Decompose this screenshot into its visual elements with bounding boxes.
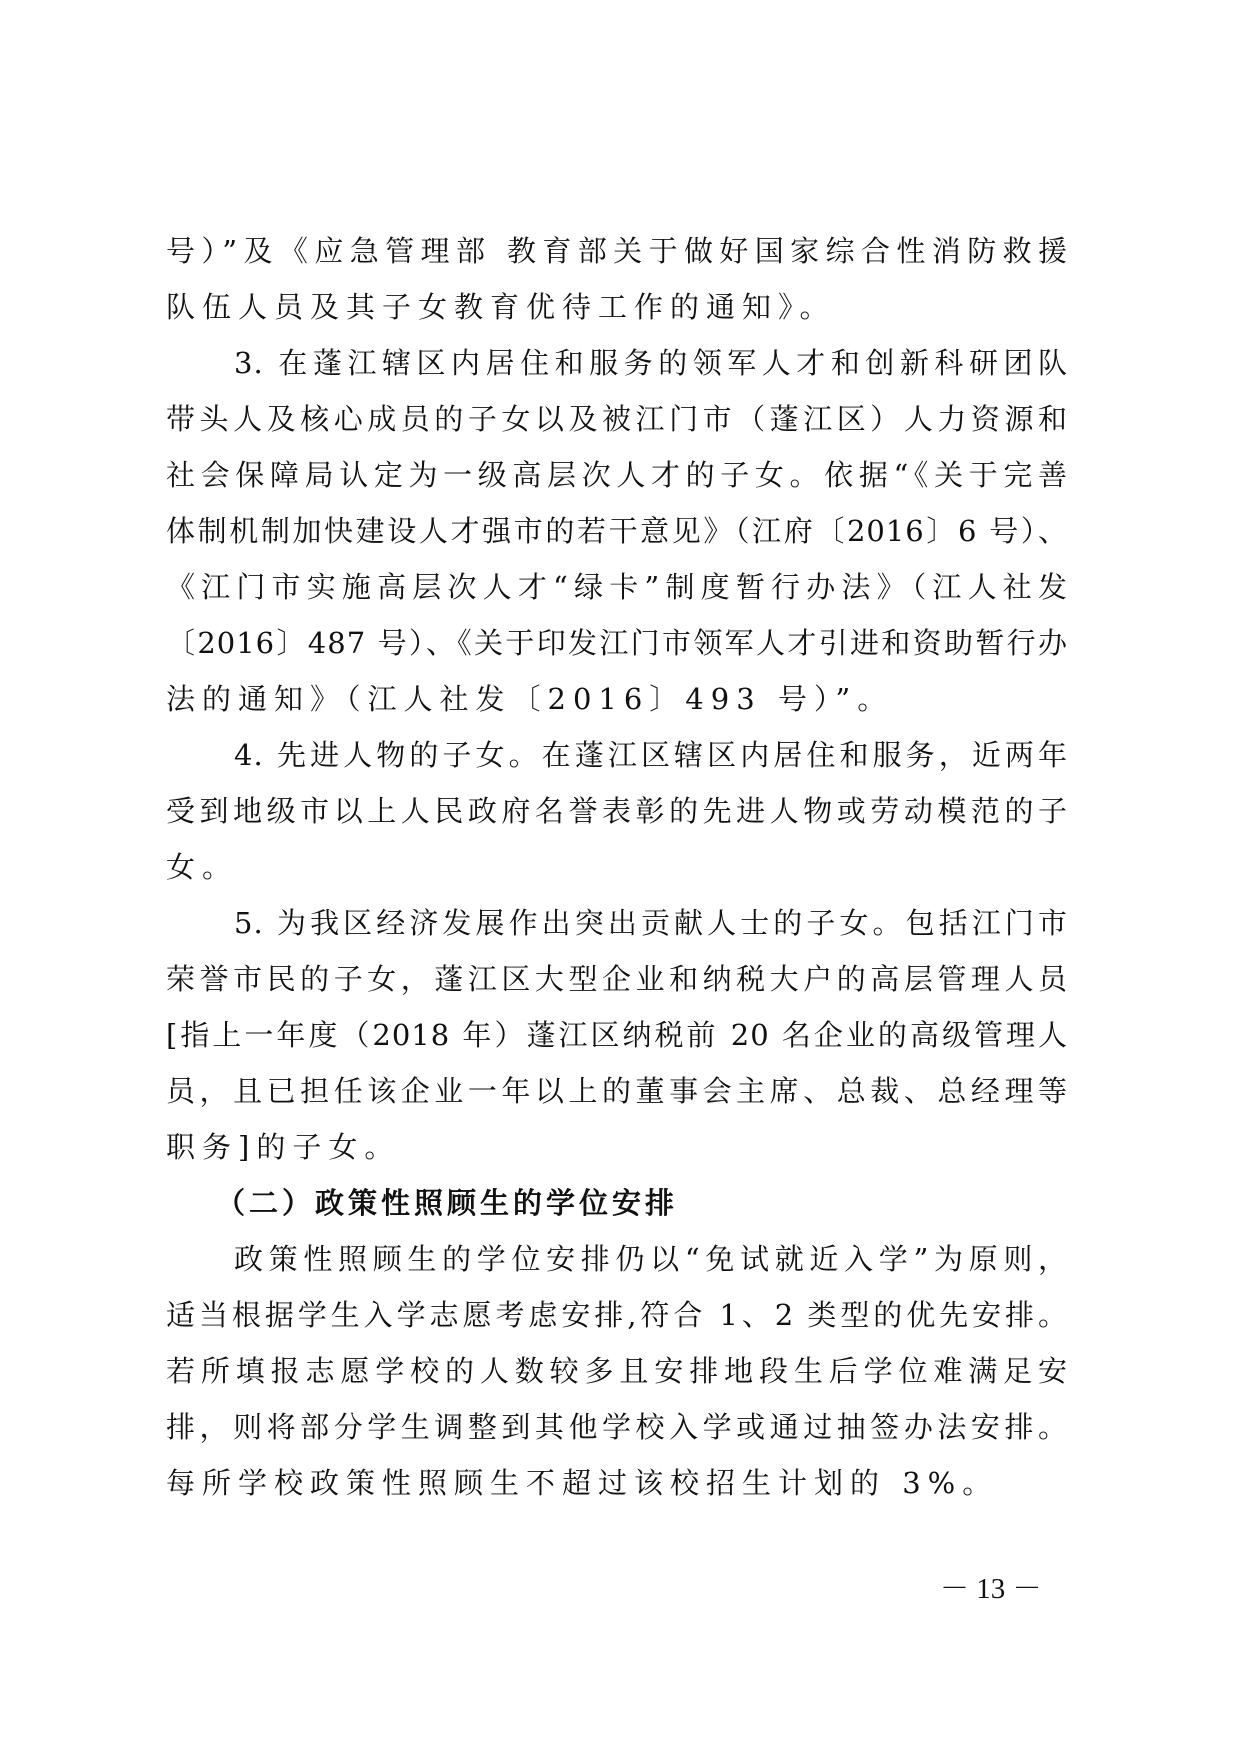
text-line: 荣誉市民的子女，蓬江区大型企业和纳税大户的高层管理人员 xyxy=(166,951,1068,1007)
text-line: 员，且已担任该企业一年以上的董事会主席、总裁、总经理等 xyxy=(166,1063,1068,1119)
text-line: 队伍人员及其子女教育优待工作的通知》。 xyxy=(166,279,1068,335)
text-line: 女。 xyxy=(166,839,1068,895)
text-line: 排，则将部分学生调整到其他学校入学或通过抽签办法安排。 xyxy=(166,1399,1068,1455)
text-line: 体制机制加快建设人才强市的若干意见》（江府〔2016〕6 号）、 xyxy=(166,503,1068,559)
text-line: 〔2016〕487 号）、《关于印发江门市领军人才引进和资助暂行办 xyxy=(166,615,1068,671)
paragraph-start: 政策性照顾生的学位安排仍以“免试就近入学”为原则， xyxy=(166,1231,1068,1287)
text-line: 每所学校政策性照顾生不超过该校招生计划的 3%。 xyxy=(166,1455,1068,1511)
text-line: 号）”及《应急管理部 教育部关于做好国家综合性消防救援 xyxy=(166,223,1068,279)
page-number: － 13 － xyxy=(940,1566,1032,1607)
list-item-3: 3. 在蓬江辖区内居住和服务的领军人才和创新科研团队 xyxy=(166,335,1068,391)
body-text: 号）”及《应急管理部 教育部关于做好国家综合性消防救援 队伍人员及其子女教育优待… xyxy=(166,223,1068,1511)
list-item-5: 5. 为我区经济发展作出突出贡献人士的子女。包括江门市 xyxy=(166,895,1068,951)
text-line: 法的通知》（江人社发〔2016〕493 号）”。 xyxy=(166,671,1068,727)
list-item-4: 4. 先进人物的子女。在蓬江区辖区内居住和服务，近两年 xyxy=(166,727,1068,783)
text-line: 受到地级市以上人民政府名誉表彰的先进人物或劳动模范的子 xyxy=(166,783,1068,839)
text-line: 适当根据学生入学志愿考虑安排,符合 1、2 类型的优先安排。 xyxy=(166,1287,1068,1343)
section-heading: （二）政策性照顾生的学位安排 xyxy=(166,1175,1068,1231)
text-line: 职务]的子女。 xyxy=(166,1119,1068,1175)
text-line: 社会保障局认定为一级高层次人才的子女。依据“《关于完善 xyxy=(166,447,1068,503)
text-line: 若所填报志愿学校的人数较多且安排地段生后学位难满足安 xyxy=(166,1343,1068,1399)
text-line: 带头人及核心成员的子女以及被江门市（蓬江区）人力资源和 xyxy=(166,391,1068,447)
text-line: 《江门市实施高层次人才“绿卡”制度暂行办法》（江人社发 xyxy=(166,559,1068,615)
text-line: [指上一年度（2018 年）蓬江区纳税前 20 名企业的高级管理人 xyxy=(166,1007,1068,1063)
document-page: 号）”及《应急管理部 教育部关于做好国家综合性消防救援 队伍人员及其子女教育优待… xyxy=(0,0,1240,1754)
